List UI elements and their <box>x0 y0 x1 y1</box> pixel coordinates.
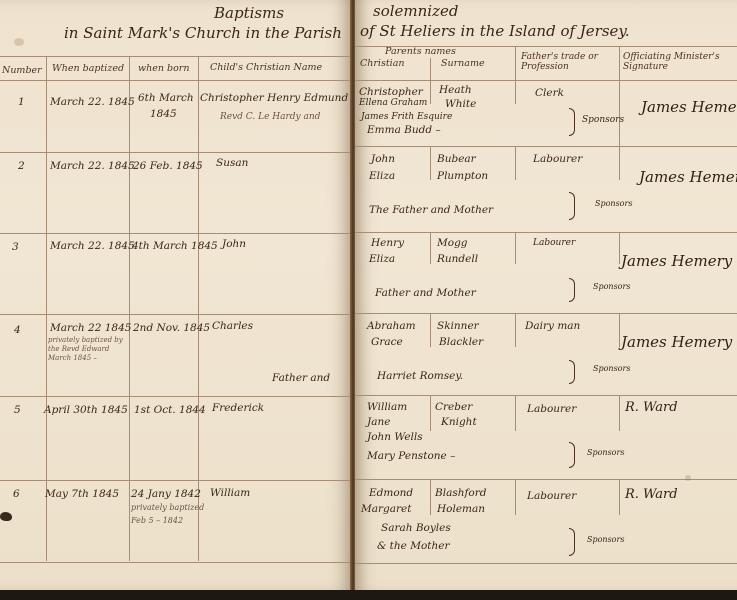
entry-born-date: 26 Feb. 1845 <box>133 160 203 172</box>
entry-child-name: John <box>222 238 246 250</box>
entry-born-year: 1845 <box>150 108 177 120</box>
entry-born-date: 6th March <box>138 92 194 104</box>
register-title-right: solemnized <box>373 2 458 20</box>
entry-number: 4 <box>14 324 21 336</box>
row-divider <box>355 395 737 396</box>
column-divider <box>46 56 47 561</box>
column-header-when-baptized: When baptized <box>52 63 124 74</box>
sponsor-name: & the Mother <box>377 540 450 552</box>
minister-signature: James Hemery <box>639 168 737 186</box>
entry-child-name: Charles <box>212 320 253 332</box>
parent-surname: Holeman <box>437 503 485 515</box>
sponsors-brace <box>569 192 575 220</box>
entry-born-note: privately baptized <box>131 503 204 512</box>
column-header-number: Number <box>2 65 42 76</box>
sponsor-name: The Father and Mother <box>369 204 493 216</box>
parent-christian-name: John <box>371 153 395 165</box>
entry-born-date: 2nd Nov. 1845 <box>133 322 210 334</box>
parent-christian-name: Abraham <box>367 320 416 332</box>
row-divider <box>0 562 350 563</box>
row-divider <box>355 232 737 233</box>
book-bottom-edge <box>0 590 737 600</box>
parent-christian-name: Grace <box>371 336 403 348</box>
sponsor-name: James Frith Esquire <box>361 112 452 122</box>
minister-signature: James Hemery <box>621 252 732 270</box>
parent-surname: Mogg <box>437 237 468 249</box>
minister-signature: James Hemery <box>621 333 732 351</box>
entry-baptized-note: privately baptized by the Revd Edward Ma… <box>48 336 128 363</box>
parent-christian-name: Margaret <box>361 503 411 515</box>
parent-surname: White <box>445 98 476 110</box>
entry-number: 6 <box>13 488 20 500</box>
column-header-parents: Parents names <box>385 46 456 57</box>
entry-baptized-date: May 7th 1845 <box>45 488 119 500</box>
entry-child-name: William <box>210 487 250 499</box>
sponsors-label: Sponsors <box>587 535 624 544</box>
parent-surname: Skinner <box>437 320 479 332</box>
parent-surname: Bubear <box>437 153 476 165</box>
parent-christian-name: Jane <box>367 416 390 428</box>
parent-surname: Heath <box>439 84 472 96</box>
parent-christian-name: Henry <box>371 237 404 249</box>
entry-born-date: 24 Jany 1842 <box>131 488 201 500</box>
row-divider <box>0 314 350 315</box>
sponsors-label: Sponsors <box>587 448 624 457</box>
entry-born-date: 1st Oct. 1844 <box>134 404 206 416</box>
father-trade: Clerk <box>535 87 564 99</box>
parent-surname: Plumpton <box>437 170 488 182</box>
entry-child-name: Christopher Henry Edmund <box>200 92 348 104</box>
entry-baptized-date: March 22. 1845 <box>50 240 135 252</box>
entry-born-note: Feb 5 – 1842 <box>131 516 183 525</box>
sponsors-label: Sponsors <box>582 115 624 125</box>
parent-surname: Knight <box>441 416 477 428</box>
column-header-father-trade: Father's trade or Profession <box>521 52 611 72</box>
entry-child-note: Father and <box>272 372 330 384</box>
ink-blot <box>0 512 12 521</box>
father-trade: Dairy man <box>525 320 580 332</box>
parent-christian-name: Eliza <box>369 170 395 182</box>
row-divider <box>0 233 350 234</box>
column-header-surname: Surname <box>441 58 485 69</box>
parent-surname: Blackler <box>439 336 483 348</box>
father-trade: Labourer <box>533 153 582 165</box>
entry-baptized-date: March 22. 1845 <box>50 96 135 108</box>
column-divider <box>430 58 431 80</box>
row-divider <box>355 313 737 314</box>
sponsors-label: Sponsors <box>593 282 630 291</box>
column-header-minister: Officiating Minister's Signature <box>623 52 735 72</box>
header-bottom-rule <box>355 80 737 81</box>
sponsors-brace <box>569 442 575 468</box>
father-trade: Labourer <box>533 238 575 248</box>
parent-christian-name: Eliza <box>369 253 395 265</box>
register-title-line2: in Saint Mark's Church in the Parish <box>64 24 342 42</box>
column-divider <box>619 46 620 80</box>
column-divider <box>515 46 516 80</box>
sponsor-name: Father and Mother <box>375 287 476 299</box>
parent-surname: Creber <box>435 401 472 413</box>
parent-christian-name: Ellena Graham <box>359 98 427 108</box>
column-header-child-name: Child's Christian Name <box>210 62 322 73</box>
entry-child-note: Revd C. Le Hardy and <box>220 112 320 122</box>
paper-stain <box>14 38 24 46</box>
sponsors-brace <box>569 360 575 384</box>
father-trade: Labourer <box>527 490 576 502</box>
row-divider <box>0 396 350 397</box>
sponsor-name: John Wells <box>367 431 423 443</box>
entry-baptized-date: March 22 1845 <box>50 322 131 334</box>
minister-signature: R. Ward <box>625 487 678 502</box>
entry-child-name: Susan <box>216 157 248 169</box>
parent-christian-name: Edmond <box>369 487 413 499</box>
paper-stain <box>685 475 691 481</box>
entry-baptized-date: March 22. 1845 <box>50 160 135 172</box>
parent-christian-name: William <box>367 401 407 413</box>
entry-born-date: 4th March 1845 <box>132 240 218 252</box>
parent-surname: Blashford <box>435 487 486 499</box>
sponsors-brace <box>569 278 575 302</box>
minister-signature: James Hemery <box>641 98 737 116</box>
sponsor-name: Emma Budd – <box>367 124 441 136</box>
column-header-when-born: when born <box>138 63 189 74</box>
row-divider <box>355 479 737 480</box>
entry-number: 1 <box>18 96 25 108</box>
row-divider <box>355 563 737 564</box>
minister-signature: R. Ward <box>625 400 678 415</box>
row-divider <box>0 480 350 481</box>
sponsor-name: Sarah Boyles <box>381 522 451 534</box>
father-trade: Labourer <box>527 403 576 415</box>
entry-baptized-date: April 30th 1845 <box>44 404 128 416</box>
parent-surname: Rundell <box>437 253 478 265</box>
register-book: Baptisms in Saint Mark's Church in the P… <box>0 0 737 592</box>
column-divider <box>129 56 130 561</box>
parent-christian-name: Christopher <box>359 86 423 98</box>
row-divider <box>355 146 737 147</box>
register-title: Baptisms <box>214 4 284 22</box>
sponsors-label: Sponsors <box>595 199 632 208</box>
entry-number: 2 <box>18 160 25 172</box>
entry-child-name: Frederick <box>212 402 264 414</box>
sponsors-label: Sponsors <box>593 364 630 373</box>
row-divider <box>0 152 350 153</box>
sponsors-brace <box>569 528 575 556</box>
sponsor-name: Harriet Romsey. <box>377 370 463 382</box>
header-top-rule <box>0 56 350 57</box>
header-bottom-rule <box>0 80 350 81</box>
left-page: Baptisms in Saint Mark's Church in the P… <box>0 0 352 590</box>
entry-number: 3 <box>12 241 19 253</box>
right-page: solemnized of St Heliers in the Island o… <box>355 0 737 590</box>
entry-number: 5 <box>14 404 21 416</box>
sponsor-name: Mary Penstone – <box>367 450 455 462</box>
sponsors-brace <box>569 108 575 136</box>
register-title-right-line2: of St Heliers in the Island of Jersey. <box>360 22 630 40</box>
column-header-christian: Christian <box>360 58 404 69</box>
column-divider <box>198 56 199 561</box>
